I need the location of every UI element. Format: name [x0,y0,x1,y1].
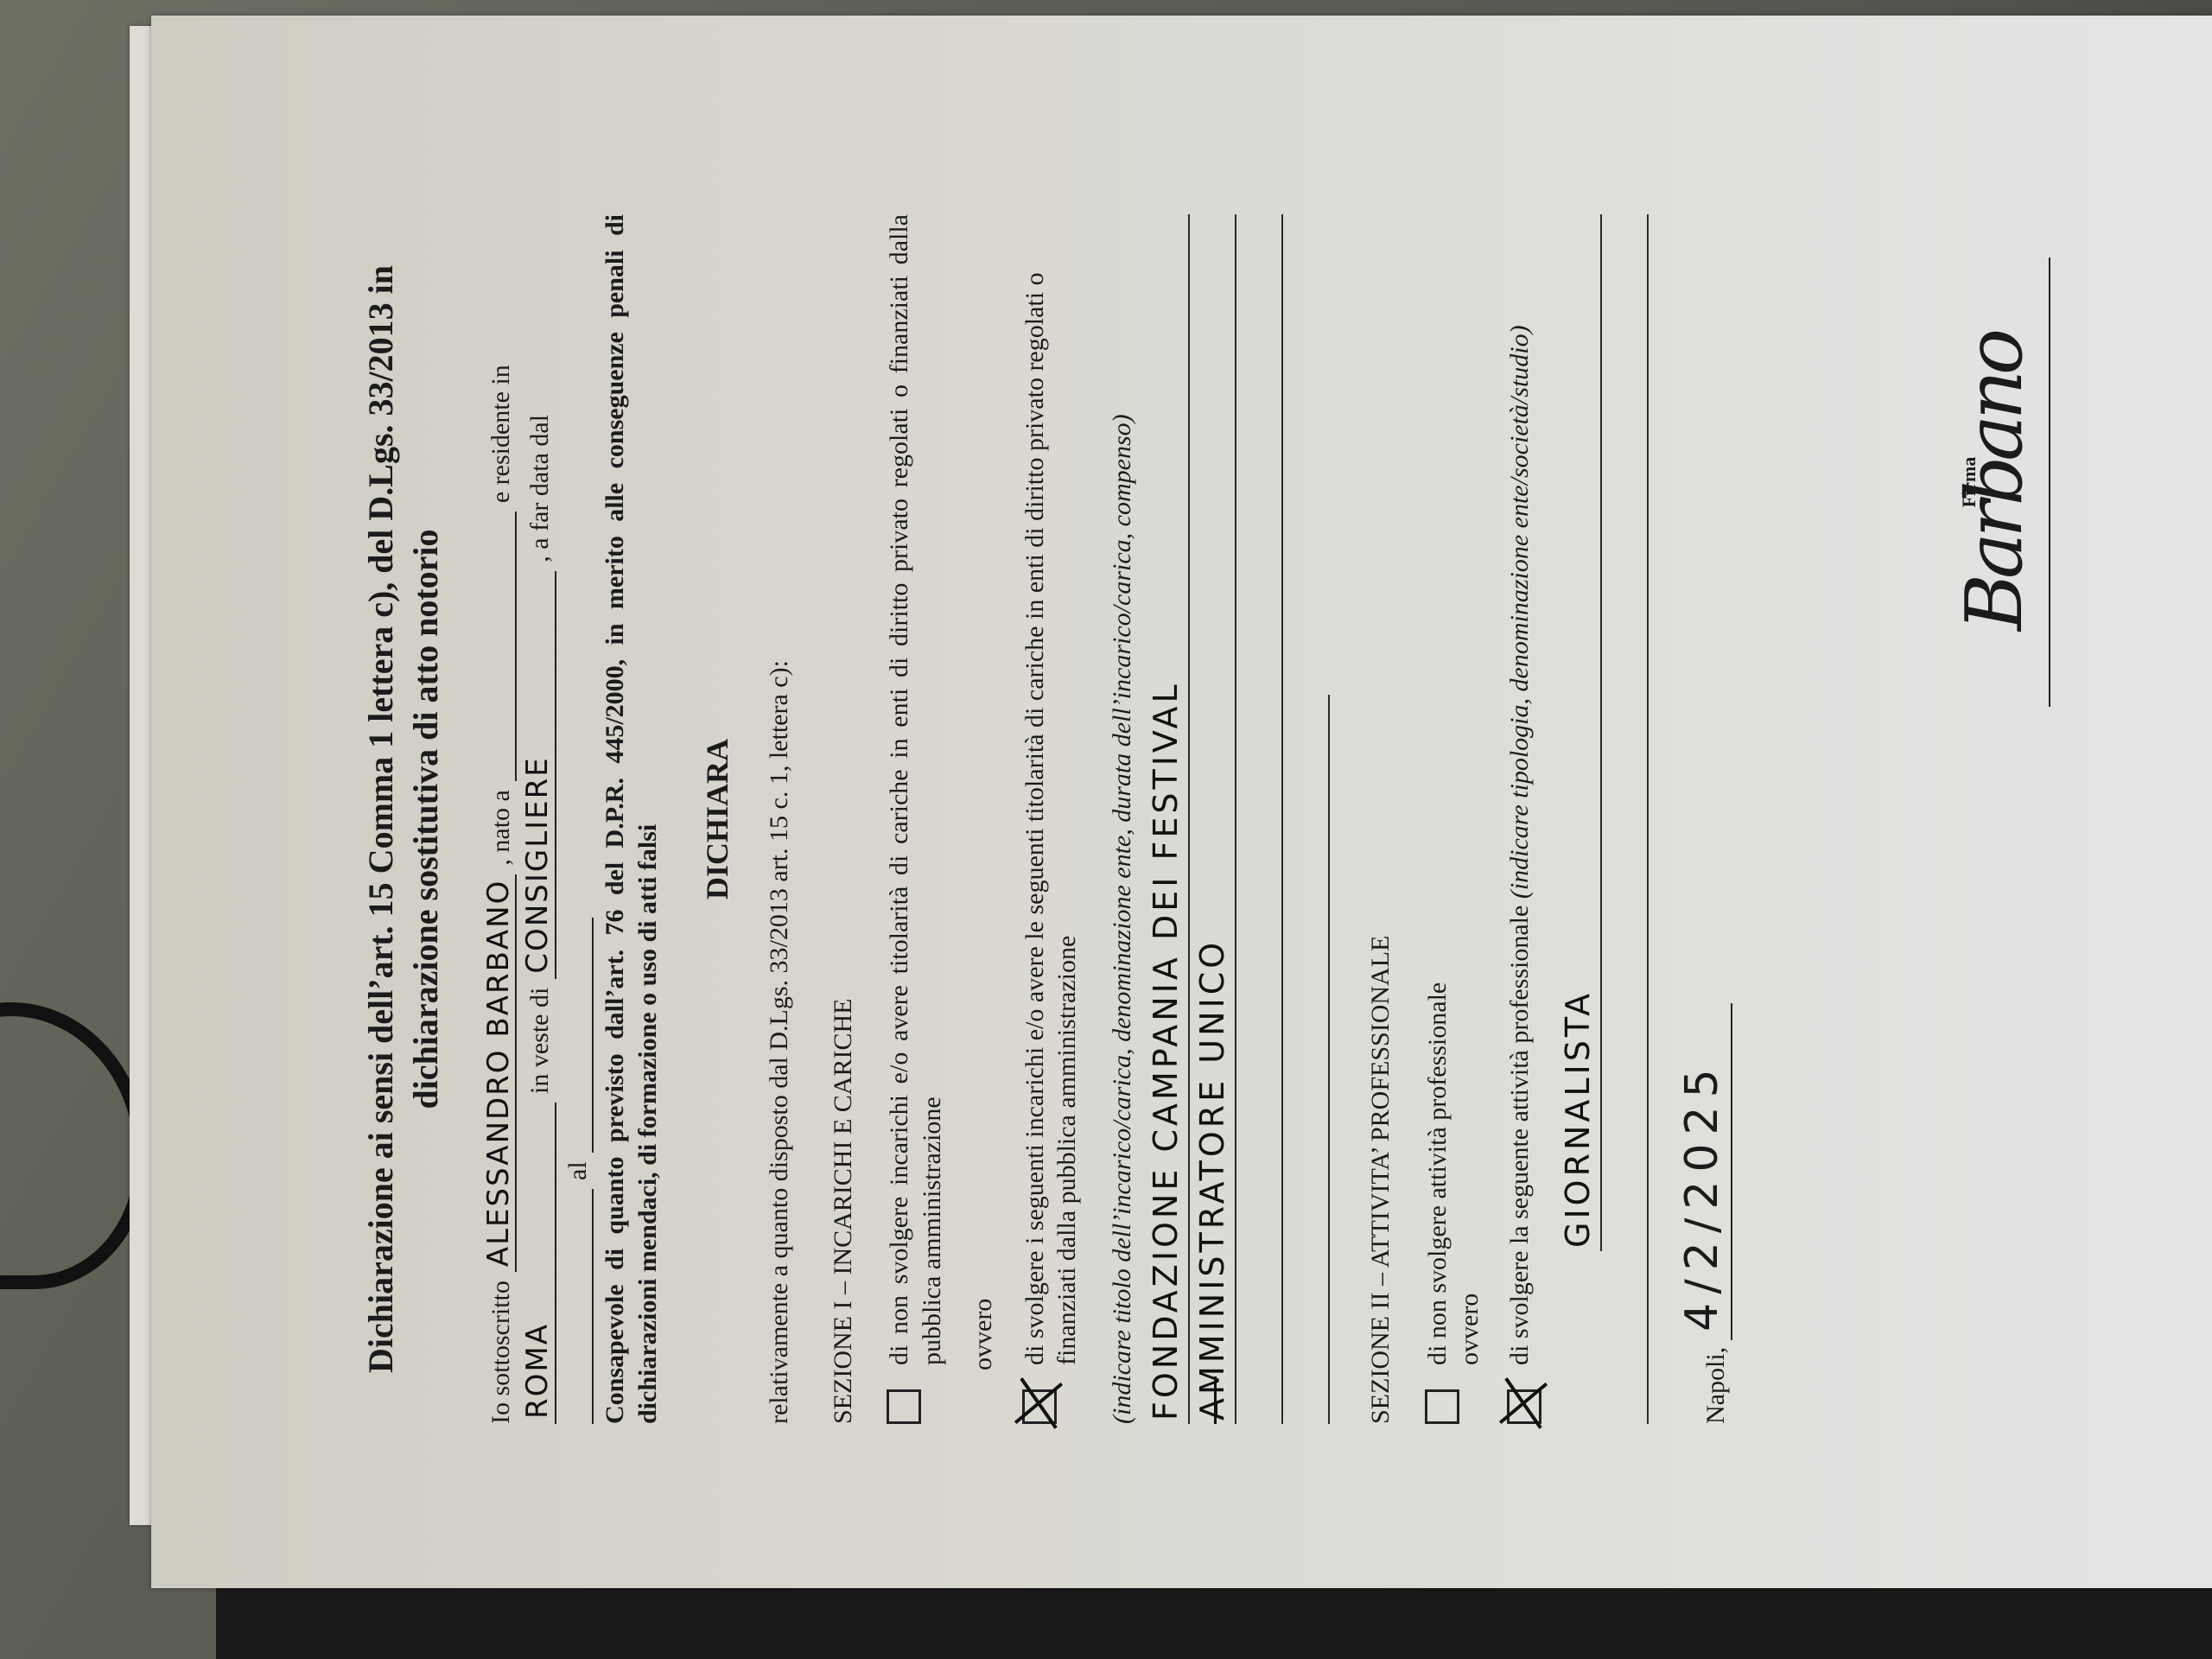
intro-row-3: al [562,214,594,1424]
date-field[interactable]: 4/2/2025 [1675,1003,1732,1340]
section2-some-instructions: (indicare tipologia, denominazione ente/… [1505,325,1534,899]
document-body: Dichiarazione ai sensi dell’art. 15 Comm… [359,214,1732,1424]
section2-some-text: di svolgere la seguente attività profess… [1503,214,1536,1365]
label-al: al [562,1161,594,1180]
document-sheet-rotated: Dichiarazione ai sensi dell’art. 15 Comm… [151,33,2190,1571]
role-field[interactable]: CONSIGLIERE [522,571,556,979]
signature-block: Firma Barbano [1957,257,2050,707]
intro-row-1: Io sottoscritto ALESSANDRO BARBANO , nat… [483,214,517,1424]
place-label: Napoli, [1700,1347,1732,1424]
to-date-field[interactable] [592,918,594,1153]
section2-ovvero: ovvero [1455,1294,1484,1365]
section1-line-2[interactable]: AMMINISTRATORE UNICO [1190,214,1236,1424]
section2-some-label: di svolgere la seguente attività profess… [1505,906,1534,1365]
section1-instructions: (indicare titolo dell’incarico/carica, d… [1106,214,1139,1424]
relativamente-text: relativamente a quanto disposto dal D.Lg… [763,214,796,1424]
section2-line-2[interactable] [1602,214,1649,1424]
dichiara-heading: DICHIARA [698,214,737,1424]
section1-option-some: di svolgere i seguenti incarichi e/o ave… [1019,214,1084,1424]
section1-none-text: di non svolgere incarichi e/o avere tito… [883,214,948,1365]
section1-some-checkbox[interactable] [1022,1389,1057,1424]
section1-line-1[interactable]: FONDAZIONE CAMPANIA DEI FESTIVAL [1143,214,1190,1424]
intro-row-2: ROMA in veste di CONSIGLIERE , a far dat… [522,214,556,1424]
section2-line-1[interactable]: GIORNALISTA [1555,214,1602,1251]
label-io-sottoscritto: Io sottoscritto [485,1281,518,1424]
label-nato-a: , nato a [485,790,518,865]
section2-title: SEZIONE II – ATTIVITA’ PROFESSIONALE [1364,214,1397,1424]
section2-some-checkbox[interactable] [1507,1389,1541,1424]
document-title: Dichiarazione ai sensi dell’art. 15 Comm… [359,214,448,1424]
section1-some-text: di svolgere i seguenti incarichi e/o ave… [1019,214,1084,1365]
section1-option-none: di non svolgere incarichi e/o avere tito… [883,214,948,1424]
signature[interactable]: Barbano [1947,257,2044,707]
section1-none-checkbox[interactable] [887,1389,921,1424]
section1-line-3[interactable] [1236,214,1283,1424]
section1-ovvero: ovvero [967,214,1000,1370]
label-in-veste-di: in veste di [524,988,556,1094]
background-cable [0,1002,149,1289]
consapevole-paragraph: Consapevole di quanto previsto dall’art.… [599,214,664,1424]
section2-option-some: di svolgere la seguente attività profess… [1503,214,1541,1424]
background-table-shadow [216,1581,2212,1659]
birthplace-field[interactable] [515,512,517,781]
from-date-field[interactable] [592,1189,594,1424]
section2-none-label: di non svolgere attività professionale [1423,982,1452,1365]
section2-none-checkbox[interactable] [1425,1389,1459,1424]
residence-field[interactable]: ROMA [522,1103,556,1424]
document-page: Dichiarazione ai sensi dell’art. 15 Comm… [151,16,2212,1588]
name-field[interactable]: ALESSANDRO BARBANO [483,874,517,1273]
section2-option-none: di non svolgere attività professionale o… [1421,214,1486,1424]
title-line-1: Dichiarazione ai sensi dell’art. 15 Comm… [359,214,404,1424]
section2-none-text: di non svolgere attività professionale o… [1421,214,1486,1365]
signature-line [2049,257,2050,707]
date-row: Napoli, 4/2/2025 [1675,214,1732,1424]
title-line-2: dichiarazione sostitutiva di atto notori… [404,214,448,1424]
section1-title: SEZIONE I – INCARICHI E CARICHE [827,214,860,1424]
label-residente: e residente in [485,365,518,503]
section1-line-4[interactable] [1283,695,1330,1424]
label-a-far-data-dal: , a far data dal [524,415,556,563]
